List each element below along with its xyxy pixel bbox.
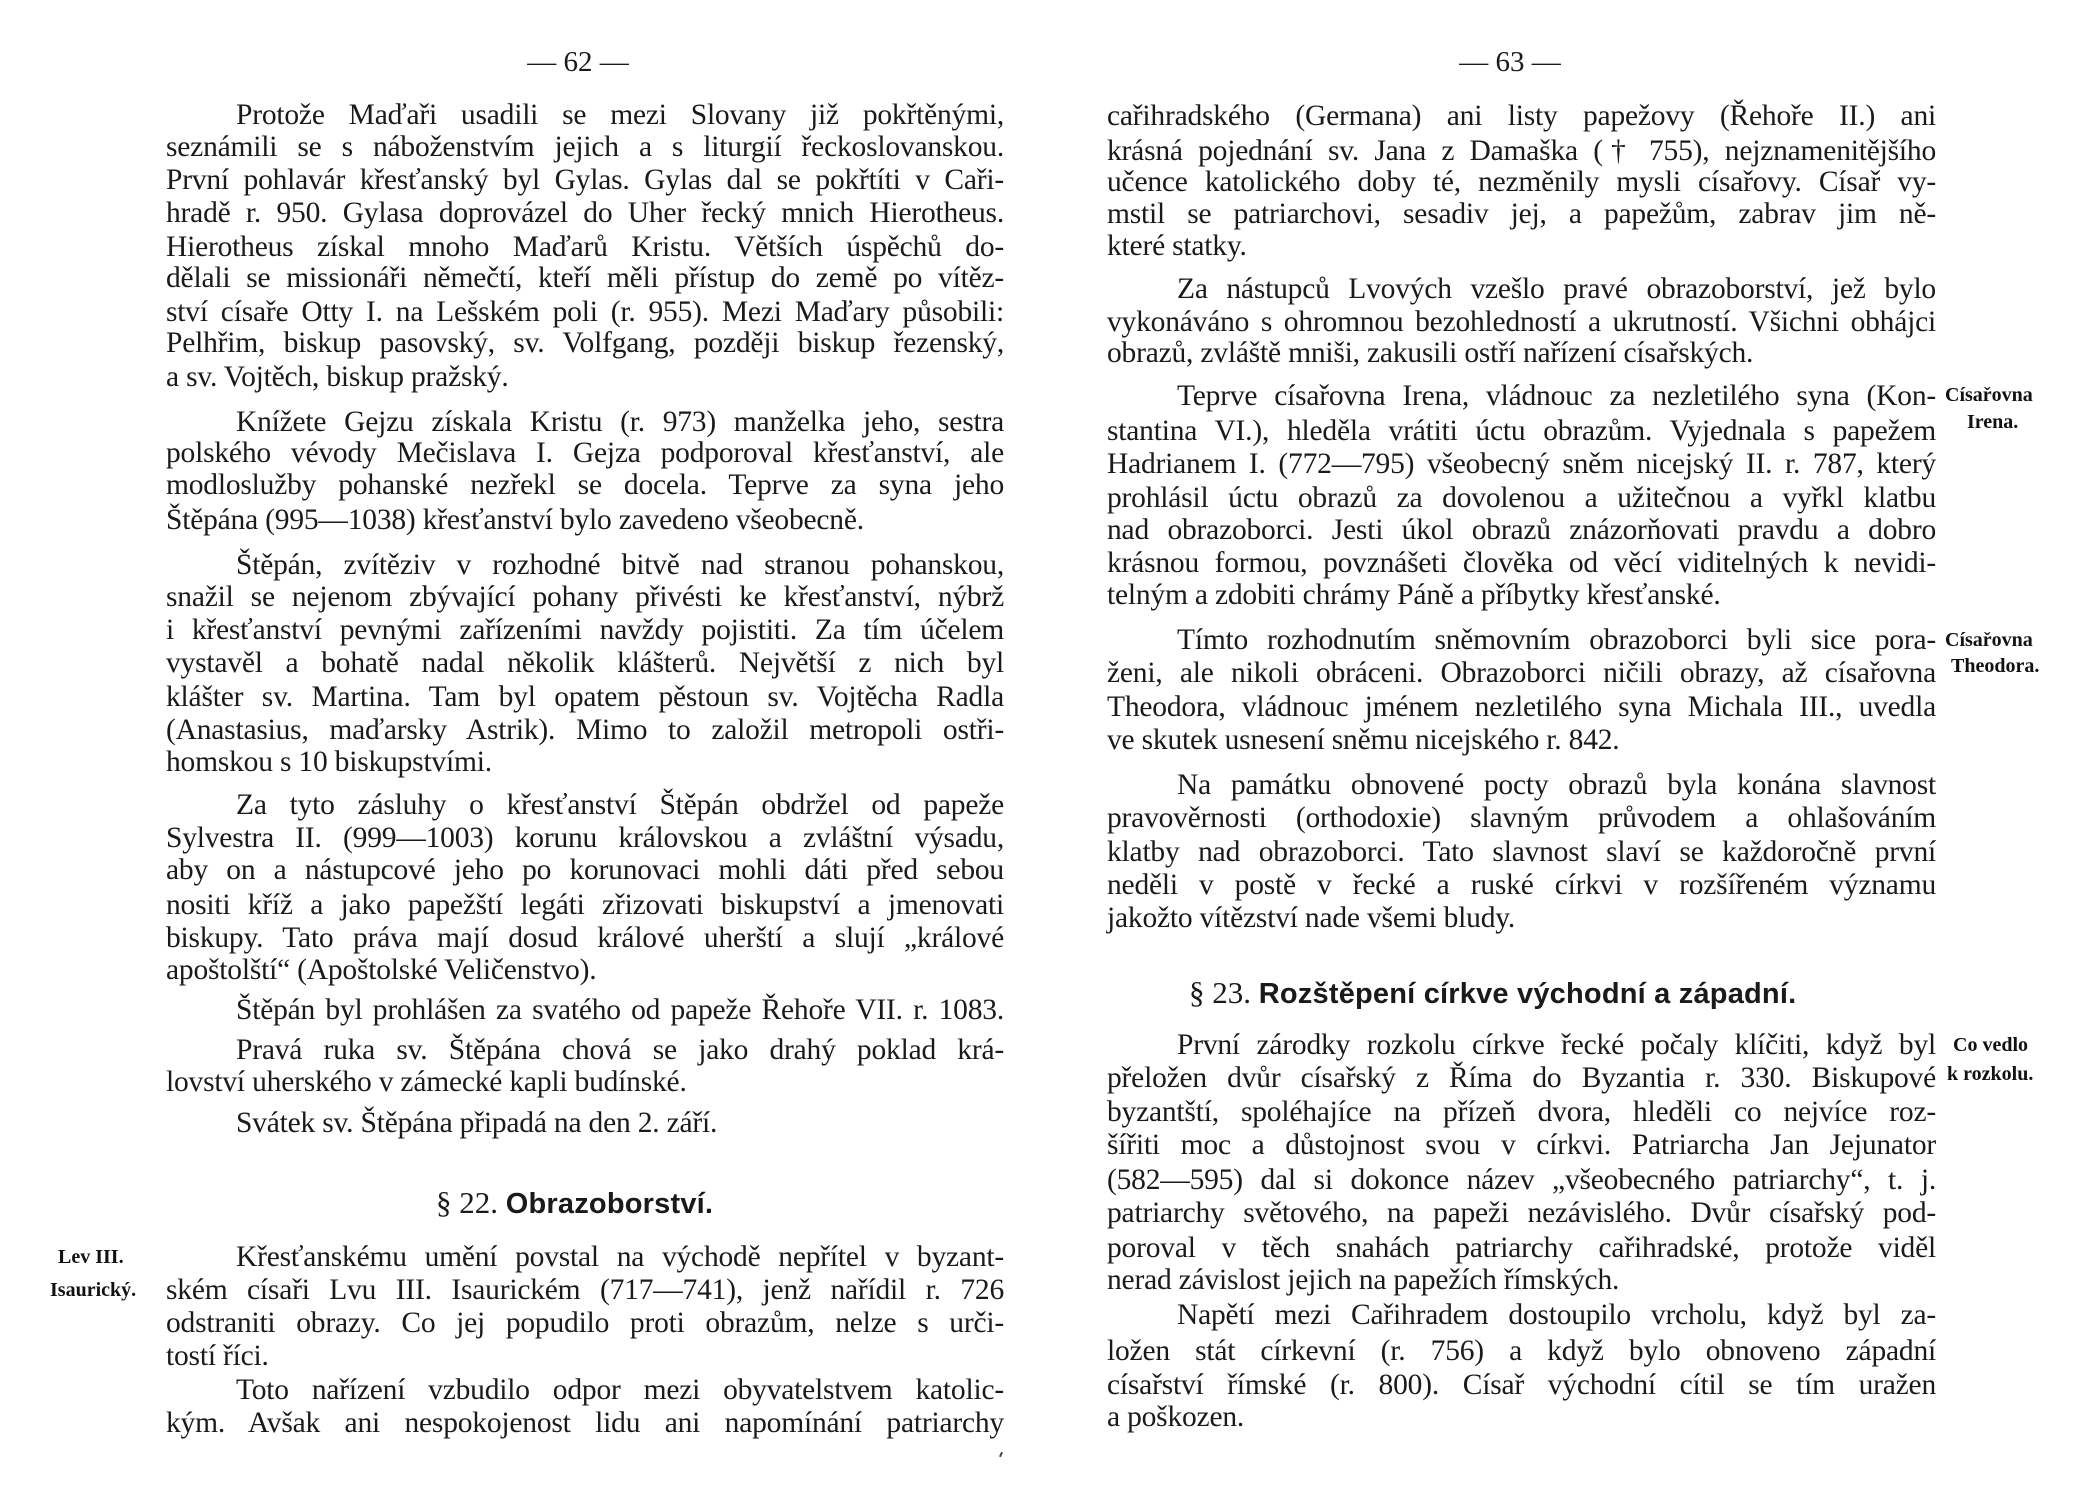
text-line: cařihradského (Germana) ani listy papežo… <box>1107 100 1936 133</box>
text-line: které statky. <box>1107 230 1936 263</box>
text-line: ství císaře Otty I. na Lešském poli (r. … <box>166 296 1004 329</box>
text-line: obrazů, zvláště mniši, zakusili ostří na… <box>1107 337 1936 370</box>
text-line: jakožto vítězství nade všemi bludy. <box>1107 902 1936 935</box>
text-line: Pravá ruka sv. Štěpána chová se jako dra… <box>236 1034 1004 1067</box>
text-line: dělali se missionáři němečtí, kteří měli… <box>166 262 1004 295</box>
text-line: Křesťanskému umění povstal na východě ne… <box>236 1241 1004 1274</box>
text-line: mstil se patriarchovi, sesadiv jej, a pa… <box>1107 198 1936 231</box>
text-line: Pelhřim, biskup pasovský, sv. Volfgang, … <box>166 327 1004 360</box>
text-line: Sylvestra II. (999—1003) korunu královsk… <box>166 822 1004 855</box>
text-line: polského vévody Mečislava I. Gejza podpo… <box>166 437 1004 470</box>
text-line: homskou s 10 biskupstvími. <box>166 746 1004 779</box>
section-title: Rozštěpení církve východní a západní. <box>1259 978 1797 1010</box>
text-line: Napětí mezi Cařihradem dostoupilo vrchol… <box>1177 1299 1936 1332</box>
margin-note: Co vedlo <box>1953 1033 2028 1057</box>
text-line: ském císaři Lvu III. Isaurickém (717—741… <box>166 1274 1004 1307</box>
text-line: Protože Maďaři usadili se mezi Slovany j… <box>236 99 1004 132</box>
text-line: Za nástupců Lvových vzešlo pravé obrazob… <box>1177 273 1936 306</box>
text-line: a sv. Vojtěch, biskup pražský. <box>166 361 1004 394</box>
text-line: Toto nařízení vzbudilo odpor mezi obyvat… <box>236 1374 1004 1407</box>
page-number: — 62 — <box>527 46 629 79</box>
text-line: ve skutek usnesení sněmu nicejského r. 8… <box>1107 724 1936 757</box>
text-line: apoštolští“ (Apoštolské Veličenstvo). <box>166 954 1004 987</box>
left-page: — 62 — Protože Maďaři usadili se mezi Sl… <box>0 0 1041 1500</box>
text-line: (582—595) dal si dokonce název „všeobecn… <box>1107 1164 1936 1197</box>
section-title: Obrazoborství. <box>506 1188 713 1220</box>
text-line: nerad závislost jejich na papežích římsk… <box>1107 1264 1936 1297</box>
text-line: patriarchy světového, na papeži nezávisl… <box>1107 1197 1936 1230</box>
text-line: (Anastasius, maďarsky Astrik). Mimo to z… <box>166 714 1004 747</box>
text-line: přeložen dvůr císařský z Říma do Byzanti… <box>1107 1062 1936 1095</box>
text-line: Za tyto zásluhy o křesťanství Štěpán obd… <box>236 789 1004 822</box>
margin-note: k rozkolu. <box>1947 1062 2033 1086</box>
text-line: kým. Avšak ani nespokojenost lidu ani na… <box>166 1407 1004 1440</box>
text-line: Theodora, vládnouc jménem nezletilého sy… <box>1107 691 1936 724</box>
margin-note: Lev III. <box>58 1245 124 1269</box>
text-line: Tímto rozhodnutím sněmovním obrazoborci … <box>1177 624 1936 657</box>
text-line: Štěpán byl prohlášen za svatého od papež… <box>236 994 1004 1027</box>
text-line: učence katolického doby té, nezměnily my… <box>1107 166 1936 199</box>
text-line: odstraniti obrazy. Co jej popudilo proti… <box>166 1307 1004 1340</box>
text-line: šířiti moc a důstojnost svou v církvi. P… <box>1107 1129 1936 1162</box>
text-line: vystavěl a bohatě nadal několik klášterů… <box>166 647 1004 680</box>
text-line: První pohlavár křesťanský byl Gylas. Gyl… <box>166 164 1004 197</box>
text-line: krásná pojednání sv. Jana z Damaška († 7… <box>1107 135 1936 168</box>
text-line: nad obrazoborci. Jesti úkol obrazů znázo… <box>1107 514 1936 547</box>
text-line: Hadrianem I. (772—795) všeobecný sněm ni… <box>1107 448 1936 481</box>
text-line: Štěpána (995—1038) křesťanství bylo zave… <box>166 504 1004 537</box>
text-line: modloslužby pohanské nezřekl se docela. … <box>166 469 1004 502</box>
text-line: prohlásil úctu obrazů za dovolenou a uži… <box>1107 482 1936 515</box>
text-line: nositi kříž a jako papežští legáti zřizo… <box>166 889 1004 922</box>
text-line: krásnou formou, povznášeti člověka od vě… <box>1107 547 1936 580</box>
text-line: Na památku obnovené pocty obrazů byla ko… <box>1177 769 1936 802</box>
text-line: poroval v těch snahách patriarchy cařihr… <box>1107 1232 1936 1265</box>
margin-note: Císařovna <box>1945 383 2033 407</box>
text-line: neděli v postě v řecké a ruské církvi v … <box>1107 869 1936 902</box>
section-heading: § 23. Rozštěpení církve východní a západ… <box>1189 975 1796 1012</box>
text-line: ženi, ale nikoli obráceni. Obrazoborci n… <box>1107 657 1936 690</box>
text-line: seznámili se s náboženstvím jejich a s l… <box>166 131 1004 164</box>
margin-note: Theodora. <box>1951 654 2039 678</box>
section-heading: § 22. Obrazoborství. <box>436 1185 713 1222</box>
text-line: stantina VI.), hleděla vrátiti úctu obra… <box>1107 415 1936 448</box>
text-line: Knížete Gejzu získala Kristu (r. 973) ma… <box>236 406 1004 439</box>
text-line: biskupy. Tato práva mají dosud králové u… <box>166 922 1004 955</box>
margin-note: Císařovna <box>1945 628 2033 652</box>
text-line: Štěpán, zvítěziv v rozhodné bitvě nad st… <box>236 549 1004 582</box>
margin-note: Irena. <box>1967 410 2018 434</box>
text-line: klatby nad obrazoborci. Tato slavnost sl… <box>1107 836 1936 869</box>
text-line: i křesťanství pevnými zařízeními navždy … <box>166 614 1004 647</box>
text-line: Hierotheus získal mnoho Maďarů Kristu. V… <box>166 231 1004 264</box>
text-line: Svátek sv. Štěpána připadá na den 2. zář… <box>236 1107 1004 1140</box>
text-line: snažil se nejenom zbývající pohany přivé… <box>166 581 1004 614</box>
text-line: klášter sv. Martina. Tam byl opatem pěst… <box>166 681 1004 714</box>
text-line: byzantští, spoléhajíce na přízeň dvora, … <box>1107 1096 1936 1129</box>
text-line: První zárodky rozkolu církve řecké počal… <box>1177 1029 1936 1062</box>
text-line: a poškozen. <box>1107 1401 1936 1434</box>
text-line: Teprve císařovna Irena, vládnouc za nezl… <box>1177 380 1936 413</box>
text-line: telným a zdobiti chrámy Páně a příbytky … <box>1107 579 1936 612</box>
text-line: aby on a nástupcové jeho po korunovaci m… <box>166 854 1004 887</box>
text-line: ložen stát církevní (r. 756) a když bylo… <box>1107 1335 1936 1368</box>
text-line: pravověrnosti (orthodoxie) slavným průvo… <box>1107 802 1936 835</box>
section-number: § 23. <box>1189 975 1251 1010</box>
page-number: — 63 — <box>1459 46 1561 79</box>
right-page: — 63 — cařihradského (Germana) ani listy… <box>1041 0 2082 1500</box>
margin-note: Isaurický. <box>50 1278 136 1302</box>
section-number: § 22. <box>436 1185 498 1220</box>
text-line: hradě r. 950. Gylasa doprovázel do Uher … <box>166 197 1004 230</box>
text-line: císařství římské (r. 800). Císař východn… <box>1107 1369 1936 1402</box>
text-line: tostí říci. <box>166 1340 1004 1373</box>
print-speck <box>999 1452 1003 1457</box>
text-line: lovství uherského v zámecké kapli budíns… <box>166 1066 1004 1099</box>
text-line: vykonáváno s ohromnou bezohledností a uk… <box>1107 306 1936 339</box>
